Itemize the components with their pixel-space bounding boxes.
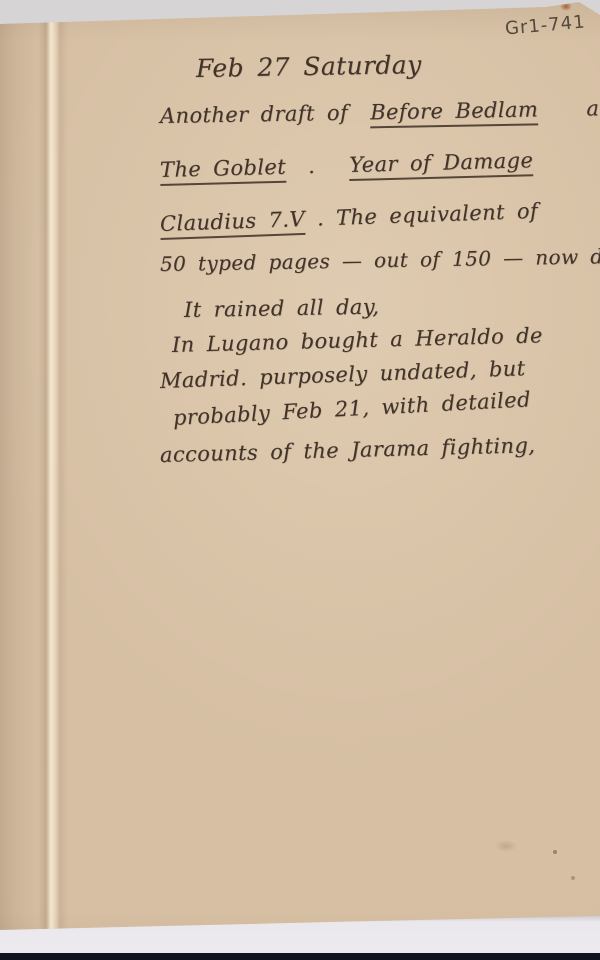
diary-line-madrid: Madrid. purposely undated, but: [160, 356, 526, 393]
diary-line-lugano: In Lugano bought a Heraldo de: [172, 323, 543, 357]
manuscript-page: Gr1-741 Feb 27 Saturday Another draft of…: [0, 0, 600, 960]
titles-separator: .: [308, 154, 316, 178]
diary-line-draft: Another draft of Before Bedlam and of: [160, 95, 600, 128]
scan-base-strip: [0, 953, 600, 960]
draft-line-post: and of: [586, 95, 600, 120]
paper-speck: [571, 876, 575, 880]
diary-date-heading: Feb 27 Saturday: [196, 50, 422, 83]
title-before-bedlam: Before Bedlam: [370, 97, 539, 128]
scanned-diary-page: Gr1-741 Feb 27 Saturday Another draft of…: [0, 0, 600, 960]
catalog-number: Gr1-741: [504, 12, 586, 40]
diary-line-pages: 50 typed pages — out of 150 — now done .: [160, 243, 600, 276]
diary-line-claudius: Claudius 7.V . The equivalent of: [160, 199, 539, 236]
diary-line-weather: It rained all day,: [184, 295, 380, 322]
diary-line-titles: The Goblet . Year of Damage: [160, 148, 534, 182]
draft-line-pre: Another draft of: [160, 101, 349, 128]
paper-speck: [553, 850, 557, 854]
claudius-rest: . The equivalent of: [317, 199, 539, 231]
title-year-of-damage: Year of Damage: [349, 148, 534, 181]
diary-line-jarama: accounts of the Jarama fighting,: [160, 433, 536, 467]
paper-smudge: [495, 840, 517, 852]
diary-line-probably: probably Feb 21, with detailed: [172, 387, 531, 430]
claudius-underlined: Claudius 7.V: [160, 207, 306, 240]
title-the-goblet: The Goblet: [160, 155, 287, 186]
fold-crease: [38, 0, 70, 960]
